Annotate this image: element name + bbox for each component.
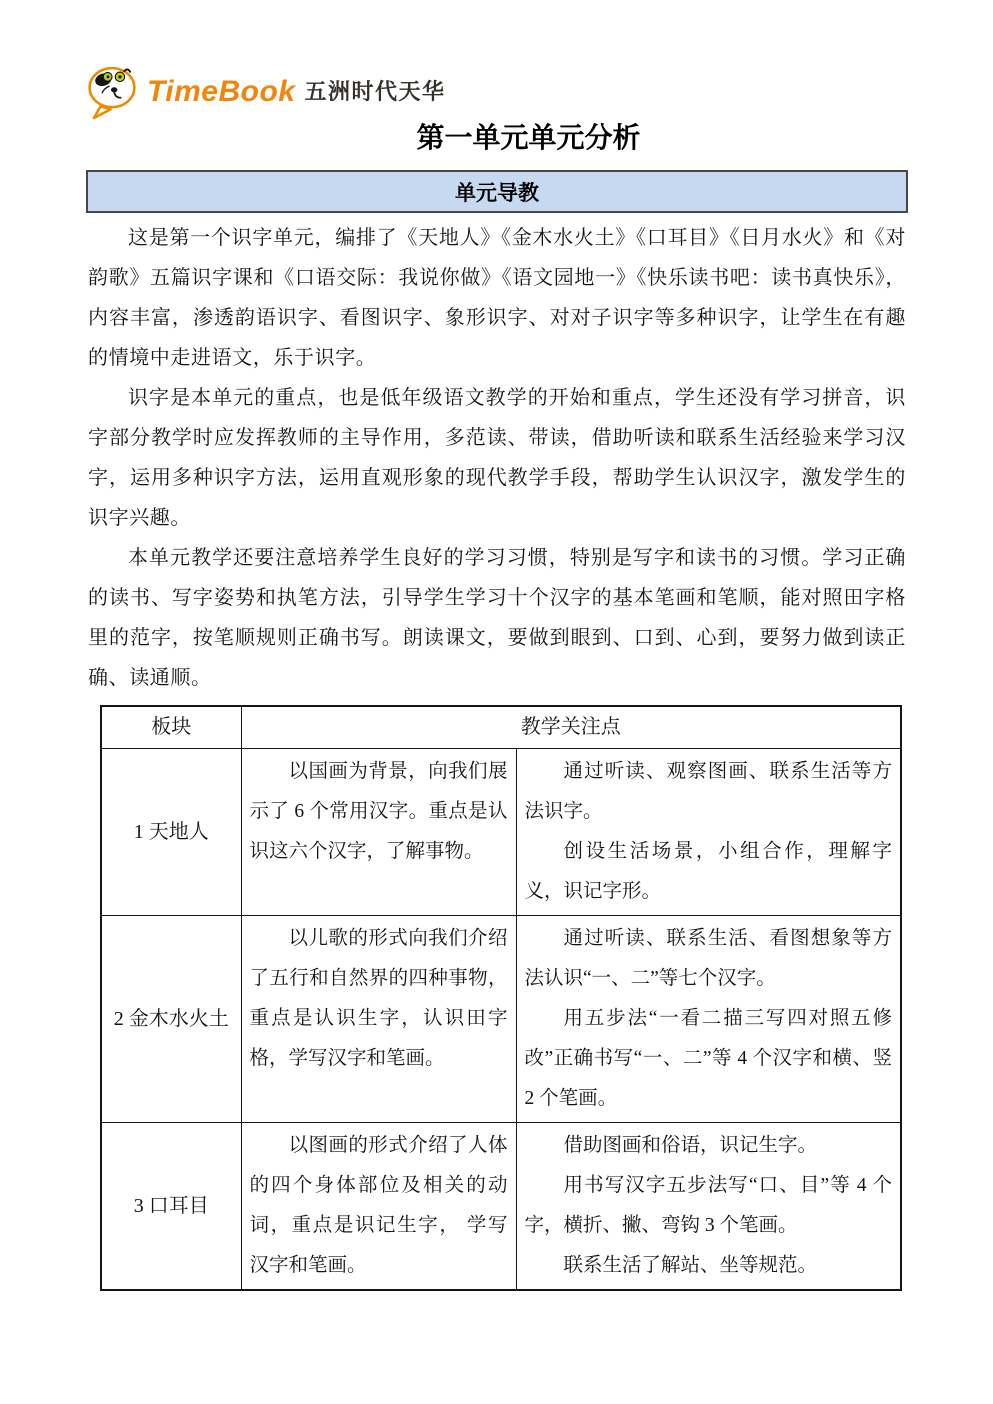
- timebook-mascot-icon: [86, 62, 147, 122]
- table-header-row: 板块 教学关注点: [101, 706, 901, 748]
- section-header-label: 单元导教: [455, 177, 539, 207]
- module-name: 1 天地人: [101, 748, 241, 915]
- module-focus: 通过听读、联系生活、看图想象等方法认识“一、二”等七个汉字。 用五步法“一看二描…: [516, 915, 901, 1122]
- table-row-kouermu: 3 口耳目 以图画的形式介绍了人体的四个身体部位及相关的动词，重点是识记生字， …: [101, 1122, 901, 1290]
- logo: TimeBook 五洲时代天华: [86, 60, 446, 124]
- table-row-jinmushuihuotu: 2 金木水火土 以儿歌的形式向我们介绍了五行和自然界的四种事物，重点是认识生字，…: [101, 915, 901, 1122]
- module-description: 以图画的形式介绍了人体的四个身体部位及相关的动词，重点是识记生字， 学写汉字和笔…: [241, 1122, 516, 1290]
- focus-point: 用书写汉字五步法写“口、目”等 4 个字，横折、撇、弯钩 3 个笔画。: [525, 1166, 893, 1246]
- section-header-bar: 单元导教: [86, 170, 908, 213]
- module-name: 2 金木水火土: [101, 915, 241, 1122]
- module-name: 3 口耳目: [101, 1122, 241, 1290]
- focus-point: 创设生活场景，小组合作，理解字义，识记字形。: [525, 832, 893, 912]
- document-page: TimeBook 五洲时代天华 第一单元单元分析 单元导教 这是第一个识字单元，…: [0, 0, 993, 1404]
- description-text: 以儿歌的形式向我们介绍了五行和自然界的四种事物，重点是认识生字，认识田字格，学写…: [250, 919, 508, 1079]
- focus-point: 通过听读、联系生活、看图想象等方法认识“一、二”等七个汉字。: [525, 919, 893, 999]
- module-description: 以儿歌的形式向我们介绍了五行和自然界的四种事物，重点是认识生字，认识田字格，学写…: [241, 915, 516, 1122]
- intro-paragraph-1: 这是第一个识字单元，编排了《天地人》《金木水火土》《口耳目》《日月水火》和《对韵…: [88, 218, 906, 378]
- module-focus: 通过听读、观察图画、联系生活等方法识字。 创设生活场景，小组合作，理解字义，识记…: [516, 748, 901, 915]
- focus-point: 联系生活了解站、坐等规范。: [525, 1246, 893, 1286]
- page-title: 第一单元单元分析: [0, 116, 993, 156]
- focus-point: 通过听读、观察图画、联系生活等方法识字。: [525, 752, 893, 832]
- column-header-focus: 教学关注点: [241, 706, 901, 748]
- intro-paragraph-2: 识字是本单元的重点，也是低年级语文教学的开始和重点，学生还没有学习拼音，识字部分…: [88, 378, 906, 538]
- description-text: 以国画为背景，向我们展示了 6 个常用汉字。重点是认识这六个汉字，了解事物。: [250, 752, 508, 872]
- description-text: 以图画的形式介绍了人体的四个身体部位及相关的动词，重点是识记生字， 学写汉字和笔…: [250, 1126, 508, 1286]
- column-header-module: 板块: [101, 706, 241, 748]
- focus-point: 借助图画和俗语，识记生字。: [525, 1126, 893, 1166]
- module-focus: 借助图画和俗语，识记生字。 用书写汉字五步法写“口、目”等 4 个字，横折、撇、…: [516, 1122, 901, 1290]
- brand-chinese-name: 五洲时代天华: [304, 62, 445, 122]
- intro-paragraph-3: 本单元教学还要注意培养学生良好的学习习惯，特别是写字和读书的习惯。学习正确的读书…: [88, 538, 906, 698]
- module-description: 以国画为背景，向我们展示了 6 个常用汉字。重点是认识这六个汉字，了解事物。: [241, 748, 516, 915]
- brand-wordmark: TimeBook: [147, 62, 295, 122]
- teaching-focus-table: 板块 教学关注点 1 天地人 以国画为背景，向我们展示了 6 个常用汉字。重点是…: [100, 705, 902, 1291]
- focus-point: 用五步法“一看二描三写四对照五修改”正确书写“一、二”等 4 个汉字和横、竖 2…: [525, 999, 893, 1119]
- unit-introduction: 这是第一个识字单元，编排了《天地人》《金木水火土》《口耳目》《日月水火》和《对韵…: [88, 218, 906, 698]
- table-row-tiandiren: 1 天地人 以国画为背景，向我们展示了 6 个常用汉字。重点是认识这六个汉字，了…: [101, 748, 901, 915]
